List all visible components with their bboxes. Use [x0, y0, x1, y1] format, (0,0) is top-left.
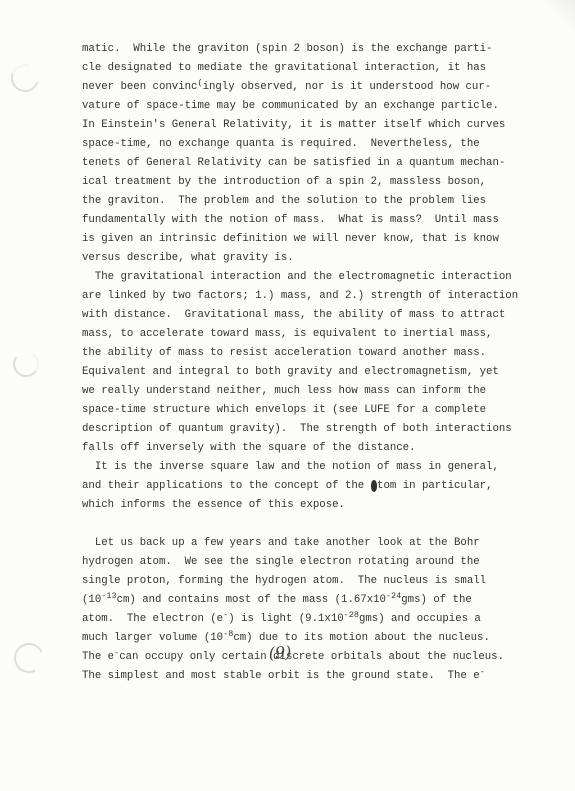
text-line: space-time structure which envelops it (…: [82, 401, 544, 420]
superscript-text: -28: [344, 606, 359, 625]
text-line: ical treatment by the introduction of a …: [82, 173, 544, 192]
text-line: which informs the essence of this expose…: [82, 496, 544, 515]
text-line: (10-13cm) and contains most of the mass …: [82, 591, 544, 610]
paragraph: matic. While the graviton (spin 2 boson)…: [82, 40, 544, 268]
hole-punch: [11, 349, 41, 379]
text-line: It is the inverse square law and the not…: [82, 458, 544, 477]
text-line: Equivalent and integral to both gravity …: [82, 363, 544, 382]
text-line: never been convinc(ingly observed, nor i…: [82, 78, 544, 97]
text-line: Let us back up a few years and take anot…: [82, 534, 544, 553]
text-line: are linked by two factors; 1.) mass, and…: [82, 287, 544, 306]
superscript-text: -24: [386, 587, 401, 606]
superscript-text: -13: [101, 587, 116, 606]
text-line: versus describe, what gravity is.: [82, 249, 544, 268]
paragraph: The gravitational interaction and the el…: [82, 268, 544, 458]
superscript-text: -8: [223, 625, 233, 644]
text-line: matic. While the graviton (spin 2 boson)…: [82, 40, 544, 59]
text-line: The e-can occupy only certain discrete o…: [82, 648, 544, 667]
text-line: atom. The electron (e-) is light (9.1x10…: [82, 610, 544, 629]
text-line: space-time, no exchange quanta is requir…: [82, 135, 544, 154]
text-line: vature of space-time may be communicated…: [82, 97, 544, 116]
paragraph: Let us back up a few years and take anot…: [82, 534, 544, 686]
text-line: we really understand neither, much less …: [82, 382, 544, 401]
text-line: and their applications to the concept of…: [82, 477, 544, 496]
overstrike-blot: a: [371, 480, 377, 492]
text-line: the ability of mass to resist accelerati…: [82, 344, 544, 363]
text-line: The simplest and most stable orbit is th…: [82, 667, 544, 686]
text-line: mass, to accelerate toward mass, is equi…: [82, 325, 544, 344]
page-number: (9): [248, 641, 313, 663]
text-line: hydrogen atom. We see the single electro…: [82, 553, 544, 572]
text-block: matic. While the graviton (spin 2 boson)…: [82, 40, 544, 686]
text-line: with distance. Gravitational mass, the a…: [82, 306, 544, 325]
hole-punch: [10, 639, 48, 677]
text-line: single proton, forming the hydrogen atom…: [82, 572, 544, 591]
text-line: The gravitational interaction and the el…: [82, 268, 544, 287]
paragraph: It is the inverse square law and the not…: [82, 458, 544, 515]
hole-punch: [6, 59, 43, 96]
text-line: is given an intrinsic definition we will…: [82, 230, 544, 249]
text-line: falls off inversely with the square of t…: [82, 439, 544, 458]
superscript-text: -: [480, 663, 485, 682]
scanned-page: matic. While the graviton (spin 2 boson)…: [0, 0, 575, 791]
superscript-text: -: [223, 606, 228, 625]
text-line: description of quantum gravity). The str…: [82, 420, 544, 439]
superscript-text: -: [114, 644, 119, 663]
text-line: cle designated to mediate the gravitatio…: [82, 59, 544, 78]
superscript-text: (: [197, 74, 202, 93]
text-line: the graviton. The problem and the soluti…: [82, 192, 544, 211]
text-line: tenets of General Relativity can be sati…: [82, 154, 544, 173]
text-line: In Einstein's General Relativity, it is …: [82, 116, 544, 135]
text-line: fundamentally with the notion of mass. W…: [82, 211, 544, 230]
text-line: much larger volume (10-8cm) due to its m…: [82, 629, 544, 648]
